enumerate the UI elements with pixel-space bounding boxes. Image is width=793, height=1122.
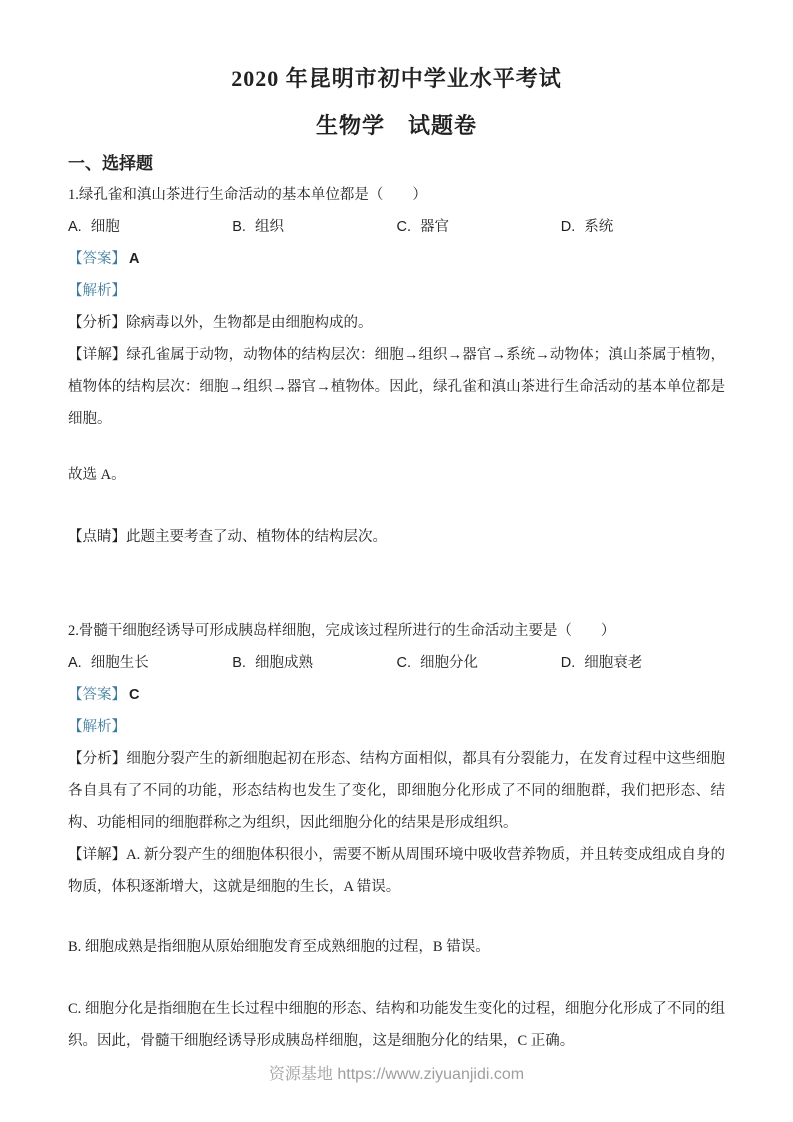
option-text: 系统 — [584, 219, 613, 235]
analysis-label: 【解析】 — [68, 283, 126, 299]
document-content: 2020 年昆明市初中学业水平考试 生物学 试题卷 一、选择题 1.绿孔雀和滇山… — [0, 0, 793, 1057]
answer-value: A — [129, 251, 139, 267]
analysis-label: 【解析】 — [68, 719, 126, 735]
question-2-option-d: D.细胞衰老 — [561, 647, 725, 679]
question-2-detail-paragraph-a: 【详解】A. 新分裂产生的细胞体积很小，需要不断从周围环境中吸收营养物质，并且转… — [68, 839, 725, 903]
question-2-option-c: C.细胞分化 — [397, 647, 561, 679]
question-2-option-b: B.细胞成熟 — [232, 647, 396, 679]
option-letter: A. — [68, 219, 82, 235]
option-text: 细胞分化 — [420, 655, 478, 671]
option-letter: B. — [232, 655, 246, 671]
question-1: 1.绿孔雀和滇山茶进行生命活动的基本单位都是（ ） A.细胞 B.组织 C.器官… — [68, 179, 725, 553]
answer-label: 【答案】 — [68, 687, 126, 703]
question-1-option-d: D.系统 — [561, 211, 725, 243]
question-2-detail-paragraph-b: B. 细胞成熟是指细胞从原始细胞发育至成熟细胞的过程，B 错误。 — [68, 931, 725, 963]
question-2-analysis-label-line: 【解析】 — [68, 711, 725, 743]
question-2-analysis-paragraph: 【分析】细胞分裂产生的新细胞起初在形态、结构方面相似，都具有分裂能力，在发育过程… — [68, 743, 725, 839]
exam-document-page: 2020 年昆明市初中学业水平考试 生物学 试题卷 一、选择题 1.绿孔雀和滇山… — [0, 0, 793, 1122]
question-2: 2.骨髓干细胞经诱导可形成胰岛样细胞，完成该过程所进行的生命活动主要是（ ） A… — [68, 615, 725, 1057]
option-letter: C. — [397, 219, 412, 235]
question-1-analysis-label-line: 【解析】 — [68, 275, 725, 307]
question-2-stem: 2.骨髓干细胞经诱导可形成胰岛样细胞，完成该过程所进行的生命活动主要是（ ） — [68, 615, 725, 647]
answer-label: 【答案】 — [68, 251, 126, 267]
option-text: 细胞成熟 — [255, 655, 313, 671]
question-2-answer-line: 【答案】C — [68, 679, 725, 711]
option-text: 细胞衰老 — [584, 655, 642, 671]
question-1-option-c: C.器官 — [397, 211, 561, 243]
section-heading-multiple-choice: 一、选择题 — [68, 153, 725, 175]
option-letter: B. — [232, 219, 246, 235]
option-letter: A. — [68, 655, 82, 671]
question-1-stem: 1.绿孔雀和滇山茶进行生命活动的基本单位都是（ ） — [68, 179, 725, 211]
question-1-answer-line: 【答案】A — [68, 243, 725, 275]
question-2-option-a: A.细胞生长 — [68, 647, 232, 679]
option-text: 细胞 — [91, 219, 120, 235]
option-text: 细胞生长 — [91, 655, 149, 671]
option-letter: D. — [561, 219, 576, 235]
exam-title: 2020 年昆明市初中学业水平考试 — [68, 64, 725, 94]
answer-value: C — [129, 687, 139, 703]
question-2-detail-paragraph-c: C. 细胞分化是指细胞在生长过程中细胞的形态、结构和功能发生变化的过程，细胞分化… — [68, 993, 725, 1057]
option-letter: D. — [561, 655, 576, 671]
question-1-options: A.细胞 B.组织 C.器官 D.系统 — [68, 211, 725, 243]
question-1-option-b: B.组织 — [232, 211, 396, 243]
question-1-option-a: A.细胞 — [68, 211, 232, 243]
question-1-analysis-paragraph: 【分析】除病毒以外，生物都是由细胞构成的。 — [68, 307, 725, 339]
option-letter: C. — [397, 655, 412, 671]
footer-site-text: 资源基地 https://www.ziyuanjidi.com — [269, 1066, 524, 1083]
question-2-options: A.细胞生长 B.细胞成熟 C.细胞分化 D.细胞衰老 — [68, 647, 725, 679]
question-1-conclusion-line: 故选 A。 — [68, 459, 725, 491]
question-1-detail-paragraph: 【详解】绿孔雀属于动物，动物体的结构层次：细胞→组织→器官→系统→动物体；滇山茶… — [68, 339, 725, 435]
question-1-tip-paragraph: 【点睛】此题主要考查了动、植物体的结构层次。 — [68, 521, 725, 553]
option-text: 组织 — [255, 219, 284, 235]
exam-subtitle: 生物学 试题卷 — [68, 111, 725, 141]
footer-watermark: 资源基地 https://www.ziyuanjidi.com — [0, 1064, 793, 1086]
option-text: 器官 — [420, 219, 449, 235]
